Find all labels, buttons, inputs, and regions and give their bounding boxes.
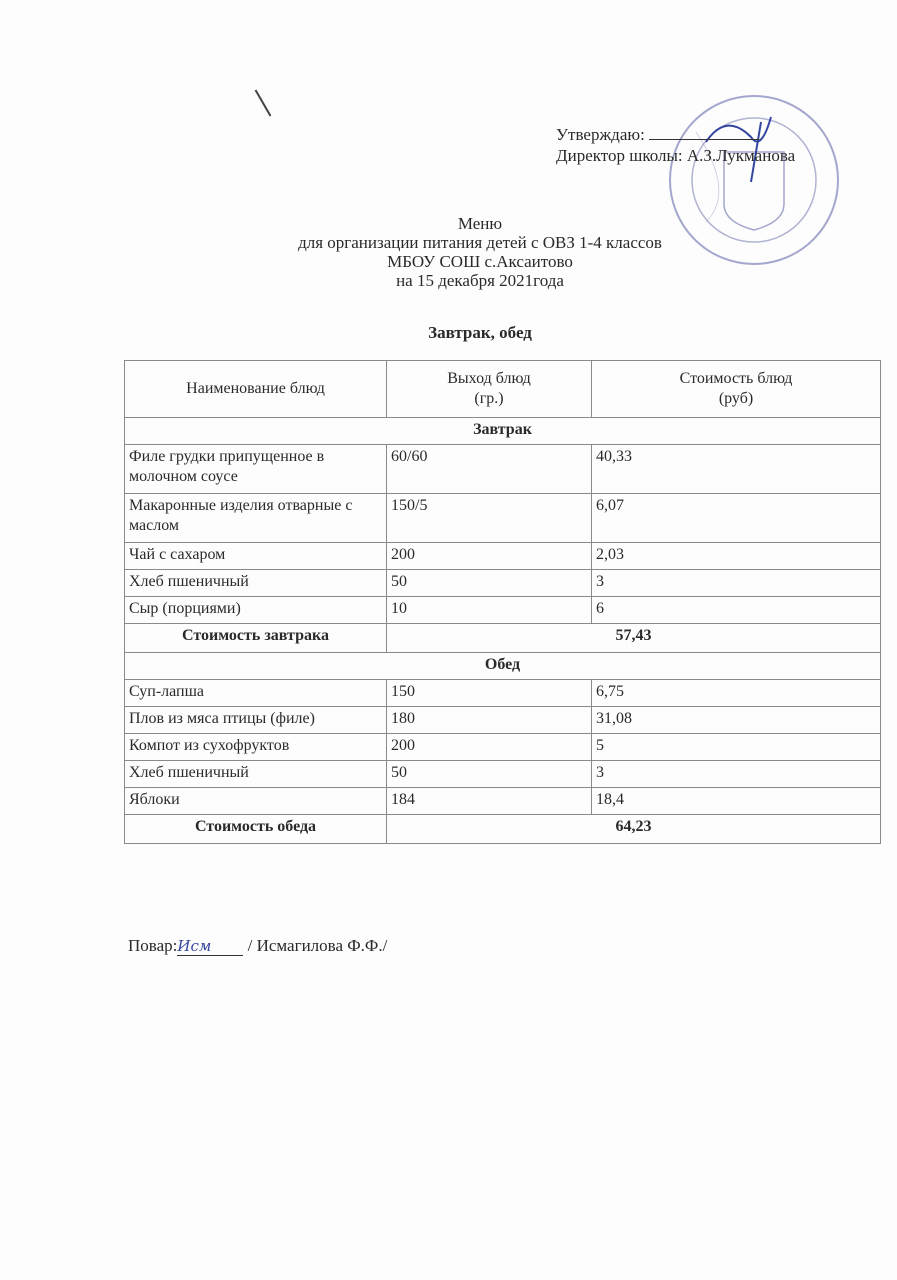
table-row: Макаронные изделия отварные с маслом150/…: [125, 494, 881, 543]
section-lunch: Обед: [125, 653, 881, 680]
section-breakfast: Завтрак: [125, 418, 881, 445]
cook-signature-block: Повар:Исм / Исмагилова Ф.Ф./: [128, 936, 387, 956]
header-name: Наименование блюд: [125, 361, 387, 418]
table-row: Плов из мяса птицы (филе)18031,08: [125, 707, 881, 734]
table-row: Хлеб пшеничный503: [125, 761, 881, 788]
cook-label: Повар:: [128, 936, 177, 955]
lunch-total-row: Стоимость обеда64,23: [125, 815, 881, 844]
signature-line: [649, 139, 759, 140]
title-line-2: для организации питания детей с ОВЗ 1-4 …: [0, 233, 897, 252]
approval-block: Утверждаю: Директор школы: А.З.Лукманова: [556, 124, 795, 166]
director-line: Директор школы: А.З.Лукманова: [556, 145, 795, 166]
title-line-3: МБОУ СОШ с.Аксаитово: [0, 252, 897, 271]
menu-table: Наименование блюд Выход блюд(гр.) Стоимо…: [124, 360, 881, 844]
title-line-1: Меню: [0, 214, 897, 233]
meal-subtitle: Завтрак, обед: [0, 323, 897, 343]
table-row: Яблоки18418,4: [125, 788, 881, 815]
header-cost: Стоимость блюд(руб): [592, 361, 881, 418]
cook-signature: Исм: [177, 937, 243, 956]
table-row: Сыр (порциями)106: [125, 597, 881, 624]
cook-name: / Исмагилова Ф.Ф./: [248, 936, 388, 955]
table-row: Филе грудки припущенное в молочном соусе…: [125, 445, 881, 494]
title-line-4: на 15 декабря 2021года: [0, 271, 897, 290]
table-row: Чай с сахаром2002,03: [125, 543, 881, 570]
header-yield: Выход блюд(гр.): [387, 361, 592, 418]
approval-label: Утверждаю:: [556, 125, 645, 144]
stray-mark: [255, 90, 272, 117]
table-row: Компот из сухофруктов2005: [125, 734, 881, 761]
document-title: Меню для организации питания детей с ОВЗ…: [0, 214, 897, 290]
breakfast-total-row: Стоимость завтрака57,43: [125, 624, 881, 653]
table-header-row: Наименование блюд Выход блюд(гр.) Стоимо…: [125, 361, 881, 418]
table-row: Суп-лапша1506,75: [125, 680, 881, 707]
table-row: Хлеб пшеничный503: [125, 570, 881, 597]
